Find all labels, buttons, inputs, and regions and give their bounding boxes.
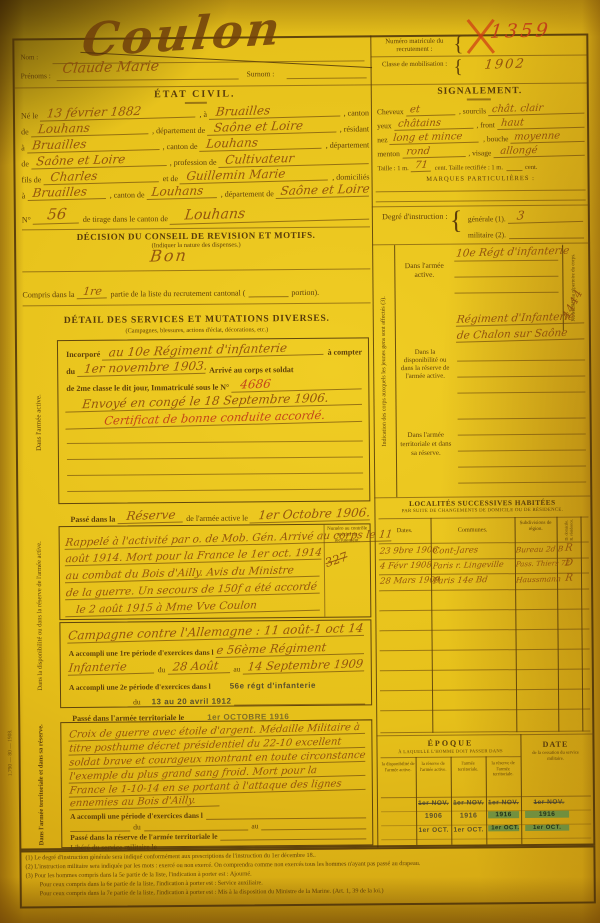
label: Libéré du service militaire le [70, 842, 157, 852]
date-incorporation: 1er novembre 1903. [77, 359, 207, 377]
services-line-5: Certificat de bonne conduite accordé. [67, 408, 363, 427]
instruction-label: Degré d'instruction : [382, 212, 448, 223]
services-line-2: du 1er novembre 1903. Arrivé au corps et… [66, 357, 362, 376]
label: Arrivé au corps et soldat [209, 365, 294, 375]
epoque-c2-v3: 1er OCT. [417, 827, 450, 834]
label: de tirage dans le canton de [83, 214, 168, 224]
visage-value: allongé [493, 144, 586, 158]
margin-label: Indication des corps auxquels les jeunes… [381, 296, 388, 446]
label: , domiciliés [332, 172, 369, 181]
epoque-date-sub: de la cessation du service militaire. [524, 750, 588, 762]
localite-subdiv-3: Haussmann [515, 574, 556, 584]
epoque-col4-label: la réserve de l'armée territoriale. [487, 760, 520, 777]
reserve-box: Numéro au contrôle spécial du recrutemen… [59, 523, 372, 620]
profession: Cultivateur [219, 149, 371, 168]
instruction-generale-value: 3 [508, 207, 585, 224]
services-box: Incorporé au 10e Régiment d'infanterie à… [57, 337, 370, 504]
localite-subdiv-2: Pass. Thiers 72 [515, 559, 556, 568]
periode1-regiment: e 56ème Régiment [216, 639, 366, 658]
territorial-box: Croix de guerre avec étoile d'argent. Mé… [60, 719, 373, 848]
label: A accompli une 1re période d'exercices d… [69, 648, 214, 658]
label: nez [377, 135, 388, 144]
certificat: Certificat de bonne conduite accordé. [65, 407, 363, 430]
epoque-c2-v1: 1er NOV. [417, 800, 450, 807]
footnotes: (1) Le degré d'instruction générale sera… [25, 849, 587, 899]
classe-value: 1902 [484, 57, 527, 73]
epoque-c4-v1: 1er NOV. [487, 799, 520, 806]
label: , canton de [163, 142, 198, 151]
departement-domicile: Saône et Loire [276, 182, 371, 199]
label: menton [377, 149, 400, 158]
col-header-dr: D. domicile. R. résidence. [557, 518, 581, 542]
corps-active-label: Dans l'armée active. [398, 261, 450, 279]
nez-value: long et mince [390, 131, 481, 145]
epoque-title: ÉPOQUE [380, 738, 520, 748]
label: , bouche [483, 134, 508, 143]
epoque-c3-v3: 1er OCT. [452, 826, 485, 833]
label: fils de [21, 175, 41, 184]
epoque-c4-v2-stamp: 1916 [488, 811, 519, 818]
corps-territoriale-label: Dans l'armée territoriale et dans sa rés… [400, 431, 452, 458]
periode1-line-a: A accompli une 1re période d'exercices d… [69, 639, 365, 658]
localite-commune-3: Paris 14e Bd [432, 574, 513, 586]
epoque-c5-v3-stamp: 1er OCT. [525, 825, 569, 831]
birth-date: 13 février 1882 [40, 103, 197, 122]
periode2-regiment-stamp: 56e régt d'infanterie [214, 681, 316, 691]
localite-commune-1: Cont-Jares [432, 544, 513, 556]
label: de l'armée active le [186, 513, 248, 523]
form-sheet: Coulon Nom : Prénoms : Claude Marie Surn… [0, 0, 600, 923]
prenoms-label: Prénoms : [21, 71, 51, 80]
blank-line [67, 456, 363, 460]
label: de [21, 159, 29, 168]
periode1-debut: 28 Août [167, 658, 231, 675]
label: yeux [377, 121, 392, 130]
localite-dr-3: R [558, 572, 579, 584]
blank-fill [234, 703, 365, 705]
passe-reserve-line: Passé dans la Réserve de l'armée active … [70, 505, 370, 524]
classe-label: Classe de mobilisation : [375, 61, 455, 70]
localite-subdiv-1: Bureau 2d B [515, 544, 556, 554]
menton-value: rond [402, 145, 466, 159]
label: Incorporé [66, 350, 100, 359]
signalement-line-3: nez long et mince , bouche moyenne [377, 129, 585, 144]
reserve-date: 1er Octobre 1906. [250, 505, 372, 523]
liste-partie: 1re [77, 284, 109, 299]
matricule-label: Numéro matricule du recrutement : [374, 38, 454, 55]
epoque-col3-label: l'armée territoriale. [452, 760, 485, 771]
signalement-line-2: yeux châtains , front haut [377, 115, 585, 130]
front-value: haut [497, 116, 586, 130]
canton-residence: Louhans [199, 134, 323, 152]
label: cent. [525, 164, 538, 171]
decision-value: Bon [149, 246, 189, 266]
blank-fill [506, 170, 522, 171]
surnom-label: Surnom : [247, 69, 275, 78]
label: au [233, 665, 240, 674]
label: cent. Taille rectifiée : 1 m. [435, 164, 503, 172]
label: , canton de [110, 190, 145, 199]
label: de 2me classe le dit jour, Immatriculé s… [66, 383, 229, 393]
scanned-page: Coulon Nom : Prénoms : Claude Marie Surn… [0, 0, 600, 923]
label: Passé dans la [70, 515, 115, 524]
signalement-line-4: menton rond , visage allongé [377, 143, 585, 158]
instruction-generale-line: générale (1). 3 [468, 210, 584, 224]
taille-value: 71 [411, 160, 432, 173]
label: , front [476, 120, 494, 129]
tirage-canton: Louhans [170, 203, 371, 225]
prenoms-value: Claude Marie [62, 58, 160, 77]
edge-printer-mark: 1.790 — 80 — 1908. [4, 692, 17, 812]
epoque-c3-v2: 1916 [452, 812, 485, 819]
epoque-col1-label: la disponibilité de l'armée active. [382, 761, 415, 772]
signalement-dash [467, 98, 491, 100]
domicile: Bruailles [27, 184, 107, 201]
blank-line [67, 440, 363, 444]
label: à compter [328, 347, 363, 356]
label: du [133, 822, 141, 831]
margin-label: Dans l'armée territoriale et dans sa rés… [37, 725, 46, 846]
blank-line [67, 472, 363, 476]
label: du [66, 367, 75, 376]
margin-label: Dans l'armée active. [34, 394, 42, 451]
label: Cheveux [377, 107, 404, 116]
blank-line [67, 488, 363, 492]
label: Taille : 1 m. [377, 165, 408, 172]
localite-dr-2: D [558, 557, 579, 569]
label: portion). [291, 288, 319, 297]
corps-dispo-label: Dans la disponibilité ou dans la réserve… [399, 349, 451, 381]
reserve-value: Réserve [117, 507, 184, 524]
label: au [251, 821, 258, 830]
epoque-c4-v3-stamp: 1er OCT. [488, 825, 519, 831]
brace-instruction: { [450, 206, 463, 236]
tirage-line: N° 56 de tirage dans le canton de Louhan… [22, 203, 370, 224]
periode1-fin: 14 Septembre 1909 [242, 656, 365, 674]
label: , département de [221, 189, 274, 198]
periode1-line-b: Infanterie du 28 Août au 14 Septembre 19… [69, 656, 365, 675]
controle-special-value: 327 [323, 549, 349, 570]
canton: Louhans [31, 119, 150, 137]
label: Né le [21, 111, 38, 120]
label: et de [163, 174, 178, 183]
periode2-line-a: A accompli une 2e période d'exercices da… [69, 673, 365, 692]
mother-name: Guillemin Marie [180, 165, 330, 184]
signalement-line-5: Taille : 1 m. 71 cent. Taille rectifiée … [377, 157, 585, 172]
dr-label: D. domicile. R. résidence. [564, 518, 574, 541]
localite-date-1: 23 9bre 1906 [379, 545, 430, 556]
label: , résidant [340, 124, 369, 133]
label: à [22, 191, 26, 200]
signalement-title: SIGNALEMENT. [375, 86, 585, 98]
epoque-c5-v1: 1er NOV. [525, 799, 573, 806]
instruction-militaire-line: militaire (2). [468, 227, 584, 240]
label: du [69, 697, 141, 707]
localite-date-3: 28 Mars 1909 [379, 575, 430, 586]
localite-dr-1: R [558, 542, 579, 554]
periode2-dates-stamp: 13 au 20 avril 1912 [144, 697, 232, 707]
epoque-col2-label: la réserve de l'armée active. [417, 761, 450, 772]
nom-label: Nom : [20, 53, 38, 61]
epoque-date-title: DATE [520, 739, 590, 749]
label: , à [199, 110, 207, 119]
sourcils-value: chât. clair [488, 102, 585, 117]
signalement-line-1: Cheveux et , sourcils chât. clair [377, 102, 585, 117]
services-line-1: Incorporé au 10e Régiment d'infanterie à… [66, 340, 362, 359]
margin-armee-active: Dans l'armée active. [23, 342, 54, 502]
yeux-value: châtains [394, 117, 474, 131]
reserve-line: le 2 août 1915 à Mme Vve Coulon [66, 596, 320, 615]
printer-mark-text: 1.790 — 80 — 1908. [7, 729, 13, 776]
label: Compris dans la [22, 290, 74, 299]
bouche-value: moyenne [511, 130, 586, 144]
label: , profession de [170, 158, 217, 167]
label: du [158, 665, 166, 674]
cheveux-value: et [406, 103, 457, 116]
label: , sourcils [459, 106, 486, 115]
label: , canton [344, 108, 369, 117]
label: à [21, 143, 25, 152]
etat-civil-line-5: fils de Charles et de Guillemin Marie , … [21, 166, 369, 184]
margin-disponibilite: Dans la disponibilité ou dans la réserve… [25, 526, 57, 706]
label: partie de la liste du recrutement canton… [110, 288, 245, 298]
campagne-line: Campagne contre l'Allemagne : 11 août-1 … [68, 622, 364, 641]
periode1-arme: Infanterie [68, 659, 156, 676]
father-name: Charles [43, 167, 160, 185]
label: de [21, 127, 29, 136]
margin-label: Dans la disponibilité ou dans la réserve… [36, 542, 45, 691]
brace-classe: { [453, 57, 462, 79]
label: , département de [152, 126, 205, 135]
col-header-dates: Dates. [379, 527, 431, 534]
periode2-line-b: du 13 au 20 avril 1912 [69, 690, 365, 707]
label: , visage [468, 148, 491, 157]
col-header-subdivisions: Subdivisions de région. [515, 521, 557, 533]
tirage-number: 56 [33, 205, 81, 225]
label: militaire (2). [468, 230, 506, 239]
entry: le 2 août 1915 à Mme Vve Coulon [65, 598, 321, 618]
col-header-communes: Communes. [431, 526, 515, 534]
label: générale (1). [468, 214, 506, 223]
corps-margin: Indication des corps auxquels les jeunes… [373, 245, 395, 497]
citation-line: ennemies au Bois d'Ailly. [70, 792, 366, 809]
campagne-box: Campagne contre l'Allemagne : 11 août-1 … [59, 619, 372, 708]
canton-domicile: Louhans [147, 183, 219, 200]
label: A accompli une 2e période d'exercices da… [69, 682, 211, 692]
margin-territoriale: Dans l'armée territoriale et dans sa rés… [26, 722, 57, 848]
epoque-c2-v2: 1906 [417, 813, 450, 820]
matricule-value: 1359 [489, 19, 552, 43]
localite-date-2: 4 Févr 1908 [379, 560, 430, 571]
epoque-c5-v2-stamp: 1916 [525, 811, 569, 818]
epoque-c3-v1: 1er NOV. [452, 799, 485, 806]
numero-label: N° [22, 215, 31, 224]
etat-civil-line-6: à Bruailles , canton de Louhans , départ… [22, 182, 370, 200]
